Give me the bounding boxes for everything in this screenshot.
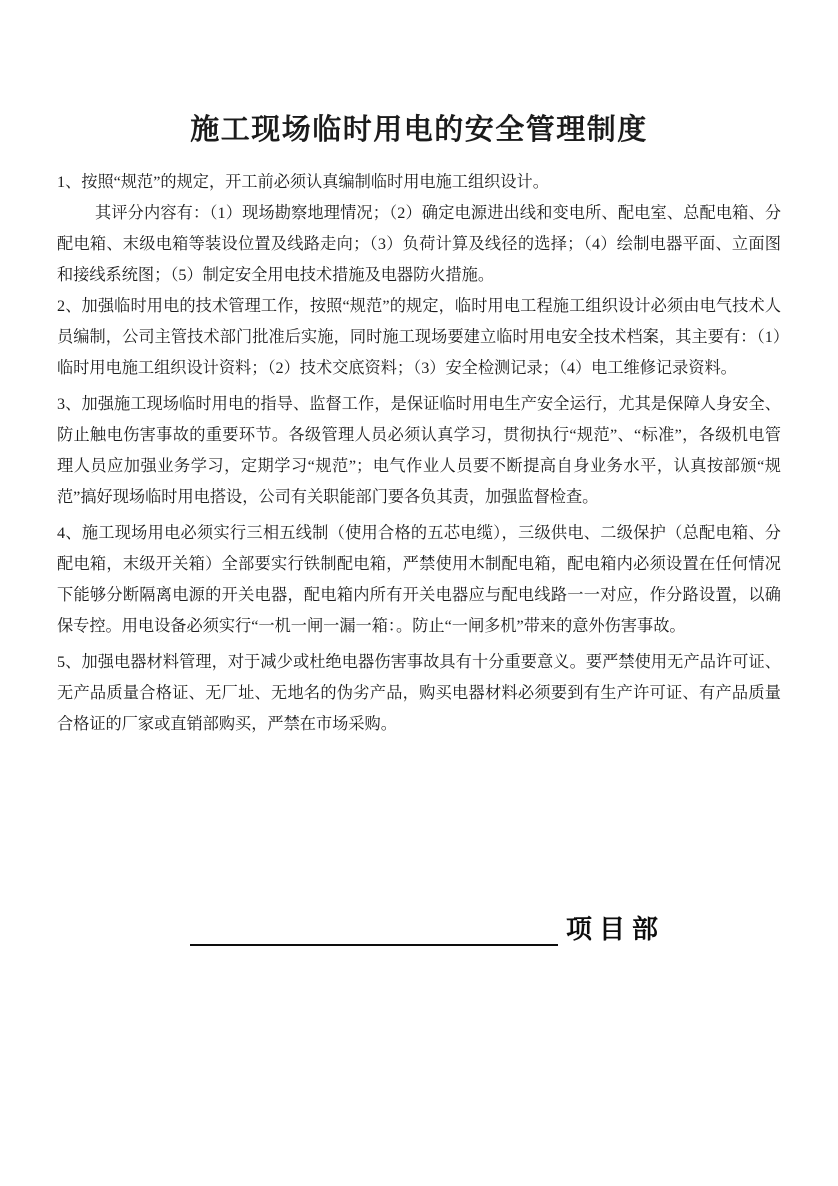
- paragraph-1-detail: 其评分内容有：（1）现场勘察地理情况；（2）确定电源进出线和变电所、配电室、总配…: [57, 198, 781, 291]
- paragraph-4: 4、施工现场用电必须实行三相五线制（使用合格的五芯电缆），三级供电、二级保护（总…: [57, 518, 781, 642]
- signature-block: 项目部: [190, 908, 665, 946]
- paragraph-1: 1、按照“规范”的规定，开工前必须认真编制临时用电施工组织设计。: [57, 167, 781, 198]
- signature-label: 项目部: [566, 917, 665, 946]
- document-body: 施工现场临时用电的安全管理制度 1、按照“规范”的规定，开工前必须认真编制临时用…: [57, 110, 781, 740]
- document-title: 施工现场临时用电的安全管理制度: [57, 110, 781, 150]
- document-page: 施工现场临时用电的安全管理制度 1、按照“规范”的规定，开工前必须认真编制临时用…: [0, 0, 838, 1186]
- signature-line: [190, 908, 558, 946]
- paragraph-2: 2、加强临时用电的技术管理工作，按照“规范”的规定，临时用电工程施工组织设计必须…: [57, 291, 781, 384]
- paragraph-5: 5、加强电器材料管理，对于减少或杜绝电器伤害事故具有十分重要意义。要严禁使用无产…: [57, 647, 781, 740]
- paragraph-3: 3、加强施工现场临时用电的指导、监督工作，是保证临时用电生产安全运行，尤其是保障…: [57, 389, 781, 513]
